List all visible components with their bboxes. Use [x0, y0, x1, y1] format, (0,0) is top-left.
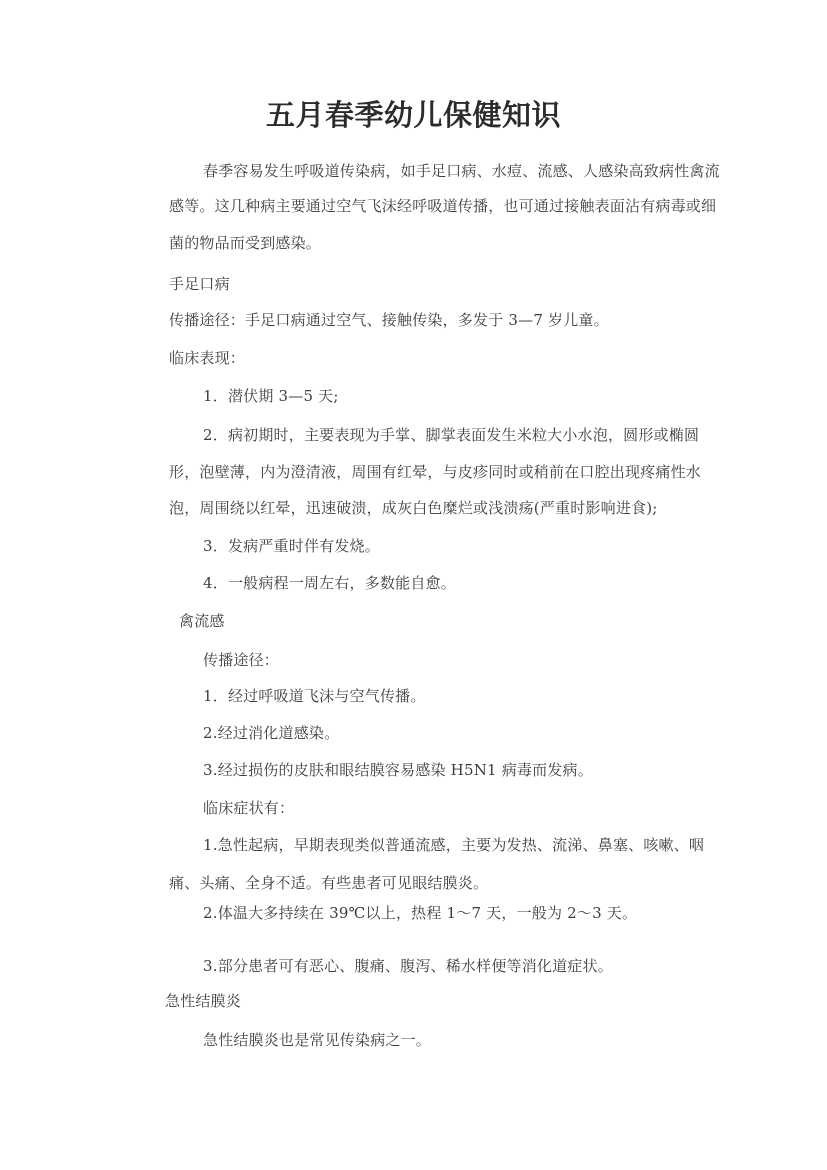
document-line: 1．经过呼吸道飞沫与空气传播。: [203, 677, 426, 715]
document-line: 感等。这几种病主要通过空气飞沫经呼吸道传播，也可通过接触表面沾有病毒或细: [169, 187, 716, 225]
document-line: 1.急性起病，早期表现类似普通流感，主要为发热、流涕、鼻塞、咳嗽、咽: [203, 826, 704, 864]
document-line: 临床表现：: [169, 339, 245, 377]
document-line: 传播途径：: [203, 641, 279, 679]
document-line: 禽流感: [179, 602, 225, 640]
document-line: 1．潜伏期 3—5 天;: [203, 377, 339, 415]
document-line: 3．发病严重时伴有发烧。: [203, 527, 380, 565]
document-line: 春季容易发生呼吸道传染病，如手足口病、水痘、流感、人感染高致病性禽流: [203, 152, 720, 190]
document-line: 传播途径：手足口病通过空气、接触传染，多发于 3—7 岁儿童。: [169, 301, 609, 339]
document-page: 五月春季幼儿保健知识 春季容易发生呼吸道传染病，如手足口病、水痘、流感、人感染高…: [0, 0, 827, 1170]
document-line: 2.体温大多持续在 39℃以上，热程 1～7 天，一般为 2～3 天。: [203, 894, 637, 932]
document-title: 五月春季幼儿保健知识: [0, 95, 827, 135]
document-line: 3.经过损伤的皮肤和眼结膜容易感染 H5N1 病毒而发病。: [203, 751, 593, 789]
document-line: 2.经过消化道感染。: [203, 714, 339, 752]
document-line: 临床症状有：: [203, 789, 294, 827]
document-line: 4．一般病程一周左右，多数能自愈。: [203, 564, 456, 602]
document-line: 泡，周围绕以红晕，迅速破溃，成灰白色糜烂或浅溃疡(严重时影响进食);: [169, 489, 658, 527]
document-line: 形，泡壁薄，内为澄清液，周围有红晕，与皮疹同时或稍前在口腔出现疼痛性水: [169, 453, 701, 491]
document-line: 急性结膜炎: [165, 982, 241, 1020]
document-line: 菌的物品而受到感染。: [169, 224, 321, 262]
document-line: 急性结膜炎也是常见传染病之一。: [203, 1021, 431, 1059]
document-line: 3.部分患者可有恶心、腹痛、腹泻、稀水样便等消化道症状。: [203, 947, 613, 985]
document-line: 手足口病: [169, 265, 230, 303]
document-line: 2．病初期时，主要表现为手掌、脚掌表面发生米粒大小水泡，圆形或椭圆: [203, 416, 699, 454]
